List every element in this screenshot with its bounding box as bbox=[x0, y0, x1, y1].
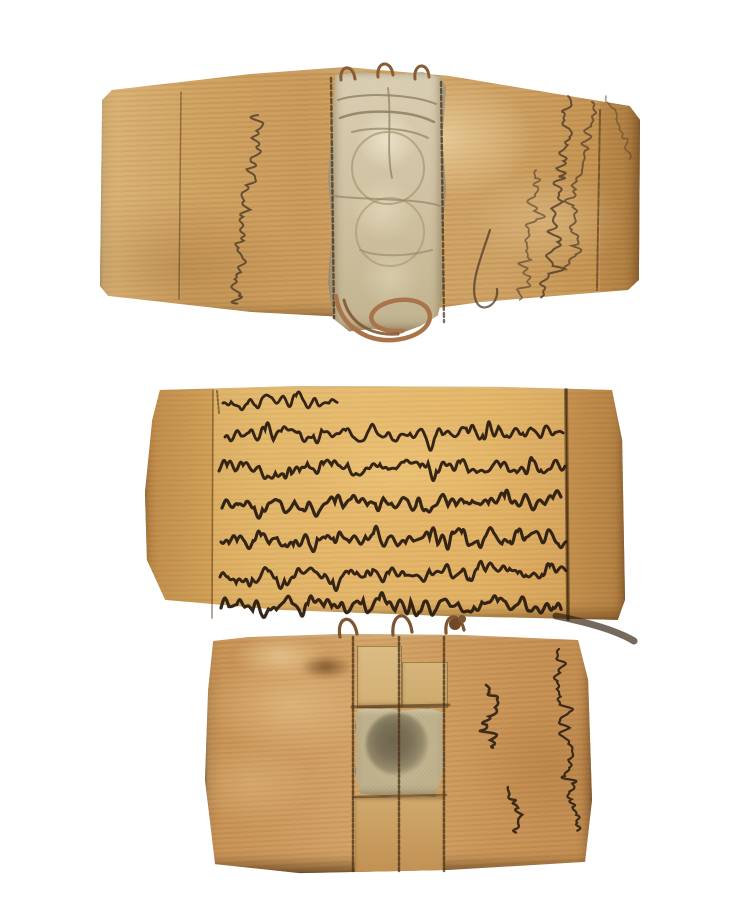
bottom-cord-knot bbox=[449, 618, 461, 630]
tablet-middle bbox=[145, 385, 625, 623]
middle-edge-dark-tip bbox=[556, 616, 634, 641]
seal-lower-block bbox=[355, 797, 444, 873]
seal-cavity bbox=[355, 708, 444, 797]
tablet-top-left-endcap bbox=[100, 66, 181, 324]
seal-impression bbox=[366, 713, 428, 775]
seal-lid-block-wide bbox=[402, 662, 448, 708]
wood-knot-mark bbox=[300, 655, 352, 679]
tablet-middle-right-margin bbox=[566, 385, 625, 623]
bottom-cord-loop-3 bbox=[446, 617, 464, 633]
tablet-bottom bbox=[205, 633, 592, 875]
tablet-middle-left-margin bbox=[145, 385, 213, 623]
clay-seal-band bbox=[328, 72, 446, 334]
tablet-top-right-endcap bbox=[600, 66, 640, 324]
tablet-middle-writing-surface bbox=[213, 385, 566, 623]
seal-lid-block-small bbox=[357, 646, 402, 708]
bottom-cord-loop-2 bbox=[393, 616, 412, 635]
artifact-photo bbox=[0, 0, 740, 912]
